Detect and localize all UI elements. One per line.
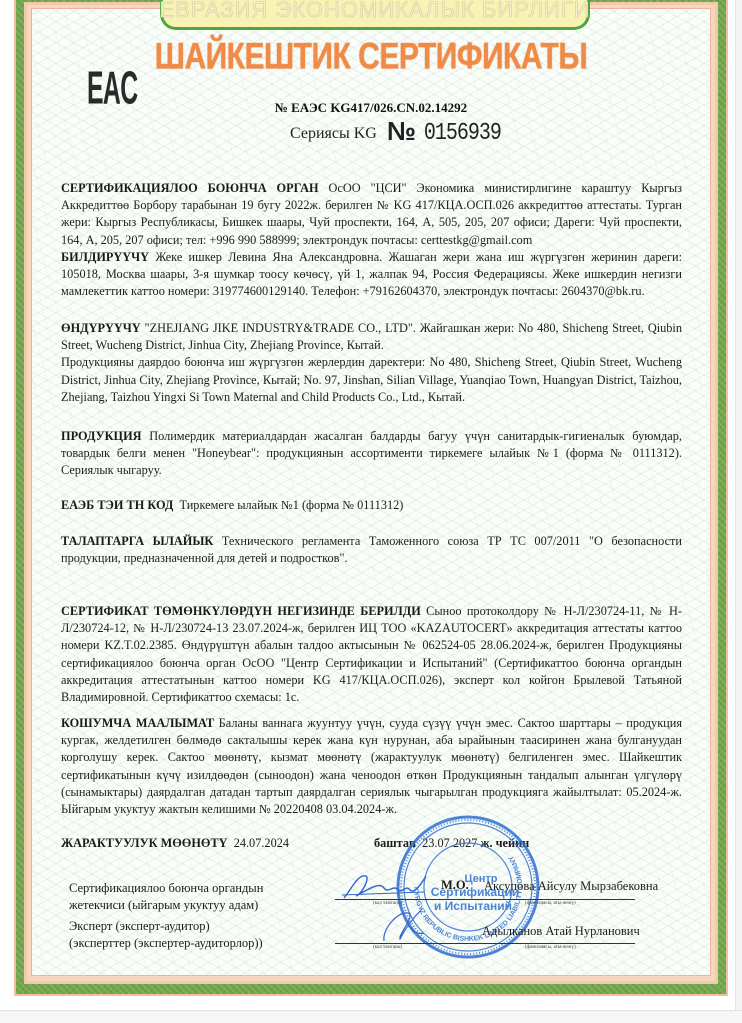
section-text: Тиркемеге ылайык №1 (форма № 0111312) xyxy=(173,498,403,512)
section-text: Жеке ишкер Левина Яна Александровна. Жаш… xyxy=(61,250,682,298)
section-label: ЕАЭБ ТЭИ ТН КОД xyxy=(61,498,173,512)
union-banner-text: ЕВРАЗИЯ ЭКОНОМИКАЛЫК БИРЛИГИ xyxy=(159,0,590,23)
section-label: БИЛДИРҮҮЧҮ xyxy=(61,250,149,264)
series-label: Сериясы KG xyxy=(290,125,377,142)
validity-from-date: 24.07.2024 xyxy=(234,836,289,850)
head-role: Сертификациялоо боюнча органдын жетекчис… xyxy=(69,880,263,914)
section-certification-body: СЕРТИФИКАЦИЯЛОО БОЮНЧА ОРГАН ОсОО "ЦСИ" … xyxy=(61,180,682,249)
head-name: Аксупова Айсулу Мырзабековна xyxy=(484,879,658,894)
page-bottom-edge xyxy=(0,1010,742,1023)
section-manufacturer: ӨНДҮРҮҮЧҮ "ZHEJIANG JIKE INDUSTRY&TRADE … xyxy=(61,320,682,406)
expert-name: Адылканов Атай Нурланович xyxy=(482,924,640,939)
head-role-line1: Сертификациялоо боюнча органдын xyxy=(69,880,263,897)
section-text: Сыноо протоколдору № Н-Л/230724-11, № Н-… xyxy=(61,604,682,704)
signature-hint: (кол тамгасы) xyxy=(373,901,402,906)
section-text: Полимердик материалдардан жасалган балда… xyxy=(61,429,682,477)
signature-hint: (кол тамгасы) xyxy=(373,945,402,950)
head-signature-line xyxy=(335,899,635,900)
section-applicant: БИЛДИРҮҮЧҮ Жеке ишкер Левина Яна Алексан… xyxy=(61,249,682,301)
stamp-text-3: и Испытаний xyxy=(434,899,512,913)
union-banner: ЕВРАЗИЯ ЭКОНОМИКАЛЫК БИРЛИГИ xyxy=(160,0,590,30)
section-label: СЕРТИФИКАЦИЯЛОО БОЮНЧА ОРГАН xyxy=(61,181,319,195)
certificate-paper xyxy=(31,8,711,976)
expert-role-line2: (эксперттер (экспертер-аудиторлор)) xyxy=(69,935,263,952)
section-text: "ZHEJIANG JIKE INDUSTRY&TRADE CO., LTD".… xyxy=(61,321,682,352)
section-label: ТАЛАПТАРГА ЫЛАЙЫК xyxy=(61,534,213,548)
seal-place-mark: М.О. xyxy=(441,878,469,893)
section-additional-info: КОШУМЧА МААЛЫМАТ Баланы ваннага жуунтуу … xyxy=(61,715,682,818)
section-label: СЕРТИФИКАТ ТӨМӨНКҮЛӨРДҮН НЕГИЗИНДЕ БЕРИЛ… xyxy=(61,604,421,618)
validity-from: ЖАРАКТУУЛУК МӨӨНӨТҮ 24.07.2024 xyxy=(61,836,289,851)
series-value: 0156939 xyxy=(424,120,501,148)
section-label: КОШУМЧА МААЛЫМАТ xyxy=(61,716,214,730)
section-label: ПРОДУКЦИЯ xyxy=(61,429,142,443)
expert-signature-icon xyxy=(378,905,428,945)
name-hint: (фамилиясы, аты-жөнү) xyxy=(525,901,576,906)
section-text: Баланы ваннага жуунтуу үчүн, сууда сүзүү… xyxy=(61,716,682,816)
head-role-line2: жетекчиси (ыйгарым укуктуу адам) xyxy=(69,897,263,914)
validity-label: ЖАРАКТУУЛУК МӨӨНӨТҮ xyxy=(61,836,228,850)
name-hint: (фамилиясы, аты-жөнү) xyxy=(525,945,576,950)
section-tn-code: ЕАЭБ ТЭИ ТН КОД Тиркемеге ылайык №1 (фор… xyxy=(61,497,682,514)
page-edge xyxy=(735,0,742,1023)
section-label: ӨНДҮРҮҮЧҮ xyxy=(61,321,141,335)
series-number: Сериясы KG№0156939 xyxy=(290,114,501,145)
expert-role: Эксперт (эксперт-аудитор) (эксперттер (э… xyxy=(69,918,263,952)
section-product: ПРОДУКЦИЯ Полимердик материалдардан жаса… xyxy=(61,428,682,480)
number-sign: № xyxy=(387,116,416,146)
expert-role-line1: Эксперт (эксперт-аудитор) xyxy=(69,918,263,935)
expert-signature-line xyxy=(335,943,635,944)
section-issued-basis: СЕРТИФИКАТ ТӨМӨНКҮЛӨРДҮН НЕГИЗИНДЕ БЕРИЛ… xyxy=(61,603,682,706)
section-conformity: ТАЛАПТАРГА ЫЛАЙЫК Технического регламент… xyxy=(61,533,682,567)
section-text-production-sites: Продукцияны даярдоо боюнча иш жүргүзгөн … xyxy=(61,355,682,403)
